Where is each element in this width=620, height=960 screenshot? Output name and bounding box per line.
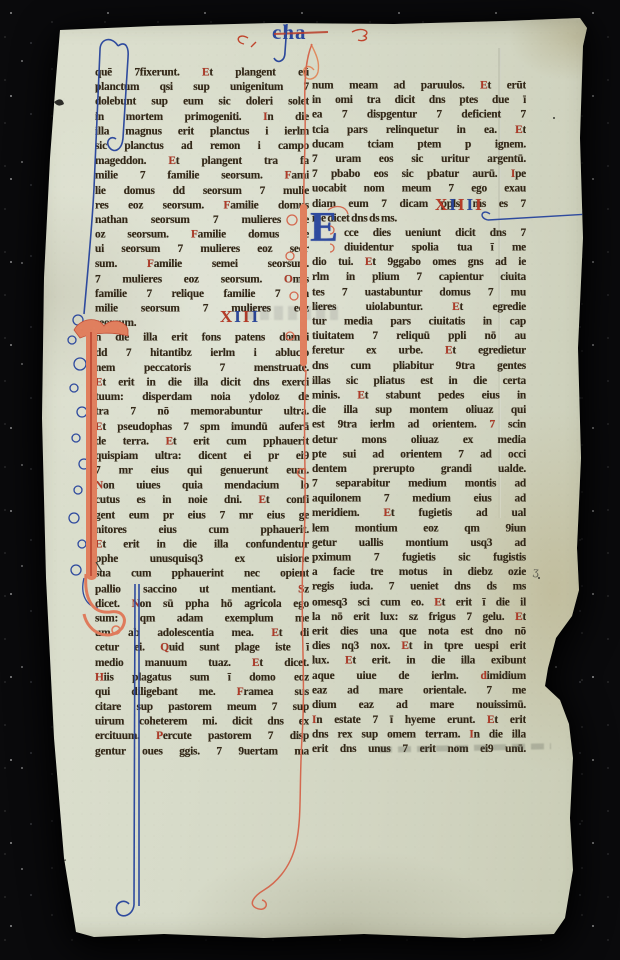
text-line: nitores eius cum pphauerit. xyxy=(95,522,309,537)
text-line: ui seorsum 7 mulieres eoz seor xyxy=(95,242,309,257)
text-line: illas sic pliatus est in die certa xyxy=(312,373,526,388)
text-line: pximum 7 fugietis sic fugistis xyxy=(312,550,526,565)
text-line: lem montium eoz qm 9iun xyxy=(312,521,526,536)
text-line: Hiis plagatus sum ī domo eoz xyxy=(95,670,309,685)
running-title: cha xyxy=(272,20,307,45)
text-line: feretur ex urbe. Et egredietur xyxy=(312,344,526,359)
text-line: uocabit nom meum 7 ego exau xyxy=(312,181,526,196)
text-line: lieres uiolabuntur. Et egredie xyxy=(312,299,526,314)
text-line: oz seorsum. Familie domus le xyxy=(95,227,309,242)
text-line: gentur oues ggis. 7 9uertam ma xyxy=(95,744,309,759)
photo-glitter-background: cha quē 7fixerunt. Et plangent eūplanctu… xyxy=(0,0,620,960)
text-line: tra 7 nō memorabuntur ultra. xyxy=(95,404,309,419)
text-line: getur uallis montium usq3 ad xyxy=(312,535,526,550)
text-line: um ab adolescentia mea. Et di xyxy=(95,626,309,641)
text-line: mageddon. Et plangent tra fa xyxy=(95,154,309,169)
text-line: cetur ei. Quid sunt plage iste ī xyxy=(95,640,309,655)
blue-filigree-spirals xyxy=(68,315,98,608)
text-line: cutus es in noie dni. Et confi xyxy=(95,493,309,508)
text-line: in mortem primogeniti. In die xyxy=(95,109,309,124)
text-line: tcia pars relinquetur in ea. Et xyxy=(312,122,526,137)
text-line: quispiam ultra: dicent ei pr ei9 xyxy=(95,449,309,464)
text-line: erit dies una que nota est dno nō xyxy=(312,624,526,639)
manuscript-leaf: cha quē 7fixerunt. Et plangent eūplanctu… xyxy=(34,18,592,940)
text-line: die illa sup montem oliuaz qui xyxy=(312,403,526,418)
chapter-numeral-xiiii: XIIII xyxy=(435,195,484,215)
text-line: dies nq3 nox. Et in tpre uespi erit xyxy=(312,639,526,654)
illuminated-initial-e: E xyxy=(310,206,350,254)
text-line: dentem prerupto grandi ualde. xyxy=(312,462,526,477)
text-line: in omi tra dicit dns ptes due ī xyxy=(312,93,526,108)
text-line: tuum: disperdam noia ydoloz de xyxy=(95,390,309,405)
text-line: sic planctus ad remon i campo xyxy=(95,139,309,154)
marginal-annotation-mark: ʒ xyxy=(532,565,540,579)
text-line: milie 7 familie seorsum. Fami xyxy=(95,168,309,183)
coloured-letter: I xyxy=(234,307,243,326)
text-line: minis. Et stabunt pedes eius in xyxy=(312,388,526,403)
text-line: gent eum pr eius 7 mr eius ge xyxy=(95,508,309,523)
text-line: detur mons oliuaz ex media xyxy=(312,432,526,447)
coloured-letter: X xyxy=(220,307,234,326)
text-line: 7 uram eos sic uritur argentū. xyxy=(312,152,526,167)
text-line: sua cum pphauerint nec opient xyxy=(95,567,309,582)
text-line: tiuitatem 7 reliquū ppli nō au xyxy=(312,329,526,344)
text-line: 7 pbabo eos sic pbatur aurū. Ipe xyxy=(312,167,526,182)
text-line: la nō erit lux: sz frigus 7 gelu. Et xyxy=(312,609,526,624)
text-line: dolebunt sup eum sic doleri solet xyxy=(95,95,309,110)
text-column-right: num meam ad paruulos. Et erūtin omi tra … xyxy=(312,78,526,757)
text-line: illa magnus erit planctus i ierlm xyxy=(95,124,309,139)
text-line: num meam ad paruulos. Et erūt xyxy=(312,78,526,93)
text-line: pallio saccino ut mentiant. Sz xyxy=(95,581,309,596)
text-line: a facie tre motus in diebz ozie xyxy=(312,565,526,580)
text-line: sum. Familie semei seorsum. xyxy=(95,257,309,272)
text-line: de terra. Et erit cum pphauerit xyxy=(95,434,309,449)
text-line: Et erit in die illa confundentur xyxy=(95,537,309,552)
text-line: qui diligebant me. Framea sus xyxy=(95,685,309,700)
text-line: ducam tciam ptem p ignem. xyxy=(312,137,526,152)
text-line: est 9tra ierlm ad orientem. 7 scin xyxy=(312,417,526,432)
text-line: ea 7 dispgentur 7 deficient 7 xyxy=(312,108,526,123)
text-line: rlm in plium 7 capientur ciuita xyxy=(312,270,526,285)
text-line: n die illa erit fons patens domui xyxy=(95,331,309,346)
text-line: dium eaz ad mare nouissimū. xyxy=(312,698,526,713)
text-line: Non uiues quia mendacium lo xyxy=(95,478,309,493)
manuscript-leaf-wrap: cha quē 7fixerunt. Et plangent eūplanctu… xyxy=(34,18,592,940)
text-line: nathan seorsum 7 mulieres e xyxy=(95,213,309,228)
text-line: citare sup pastorem meum 7 sup xyxy=(95,699,309,714)
text-line: sum: qm adam exemplum me xyxy=(95,611,309,626)
text-line: dd 7 hitantibz ierlm i ablucio xyxy=(95,345,309,360)
text-line: lie domus dd seorsum 7 mulie xyxy=(95,183,309,198)
text-line: quē 7fixerunt. Et plangent eū xyxy=(95,65,309,80)
coloured-letter: I xyxy=(467,195,476,214)
text-line: omesq3 sci cum eo. Et erit ī die il xyxy=(312,594,526,609)
text-line: aque uiue de ierlm. dimidium xyxy=(312,668,526,683)
text-line: 7 mulieres eoz seorsum. Omīs xyxy=(95,272,309,287)
text-line: pte sui ad orientem 7 ad occi xyxy=(312,447,526,462)
text-line: In estate 7 ī hyeme erunt. Et erit xyxy=(312,712,526,727)
text-line: dns cum pliabitur 9tra gentes xyxy=(312,358,526,373)
text-line: Et erit in die illa dicit dns exerci xyxy=(95,375,309,390)
text-column-left: quē 7fixerunt. Et plangent eūplanctum qs… xyxy=(95,65,309,758)
text-line: uirum coheterem mi. dicit dns ex xyxy=(95,714,309,729)
text-line: dio tui. Et 9ggabo omes gns ad ie xyxy=(312,255,526,270)
coloured-letter: I xyxy=(458,195,467,214)
text-line: 7 mr eius qui genuerunt eum. xyxy=(95,463,309,478)
text-line: pphe unusquisq3 ex uisione xyxy=(95,552,309,567)
text-line: dicet. Non sū ppha hō agricola ego xyxy=(95,596,309,611)
text-line: familie 7 relique familie 7 fa xyxy=(95,286,309,301)
text-line: aquilonem 7 medium eius ad xyxy=(312,491,526,506)
text-line: medio manuum tuaz. Et dicet. xyxy=(95,655,309,670)
offset-ghost-text xyxy=(246,306,338,320)
text-line: meridiem. Et fugietis ad ual xyxy=(312,506,526,521)
text-line: planctum qsi sup unigenitum 7 xyxy=(95,80,309,95)
text-line: Et pseudophas 7 spm imundū auferā xyxy=(95,419,309,434)
text-line: eaz ad mare orientale. 7 me xyxy=(312,683,526,698)
text-line: dns rex sup omem terram. In die illa xyxy=(312,727,526,742)
text-line: lux. Et erit. in die illa exibunt xyxy=(312,653,526,668)
text-line: ercituum. Percute pastorem 7 disp xyxy=(95,729,309,744)
coloured-letter: I xyxy=(475,195,484,214)
text-line: regis iuda. 7 ueniet dns ds ms xyxy=(312,580,526,595)
text-line: nem peccatoris 7 menstruate. xyxy=(95,360,309,375)
text-line: 7 separabitur medium montis ad xyxy=(312,476,526,491)
text-line: tur media pars ciuitatis in cap xyxy=(312,314,526,329)
coloured-letter: I xyxy=(449,195,458,214)
text-line: res eoz seorsum. Familie domus xyxy=(95,198,309,213)
text-line: tes 7 uastabuntur domus 7 mu xyxy=(312,285,526,300)
coloured-letter: X xyxy=(435,195,449,214)
